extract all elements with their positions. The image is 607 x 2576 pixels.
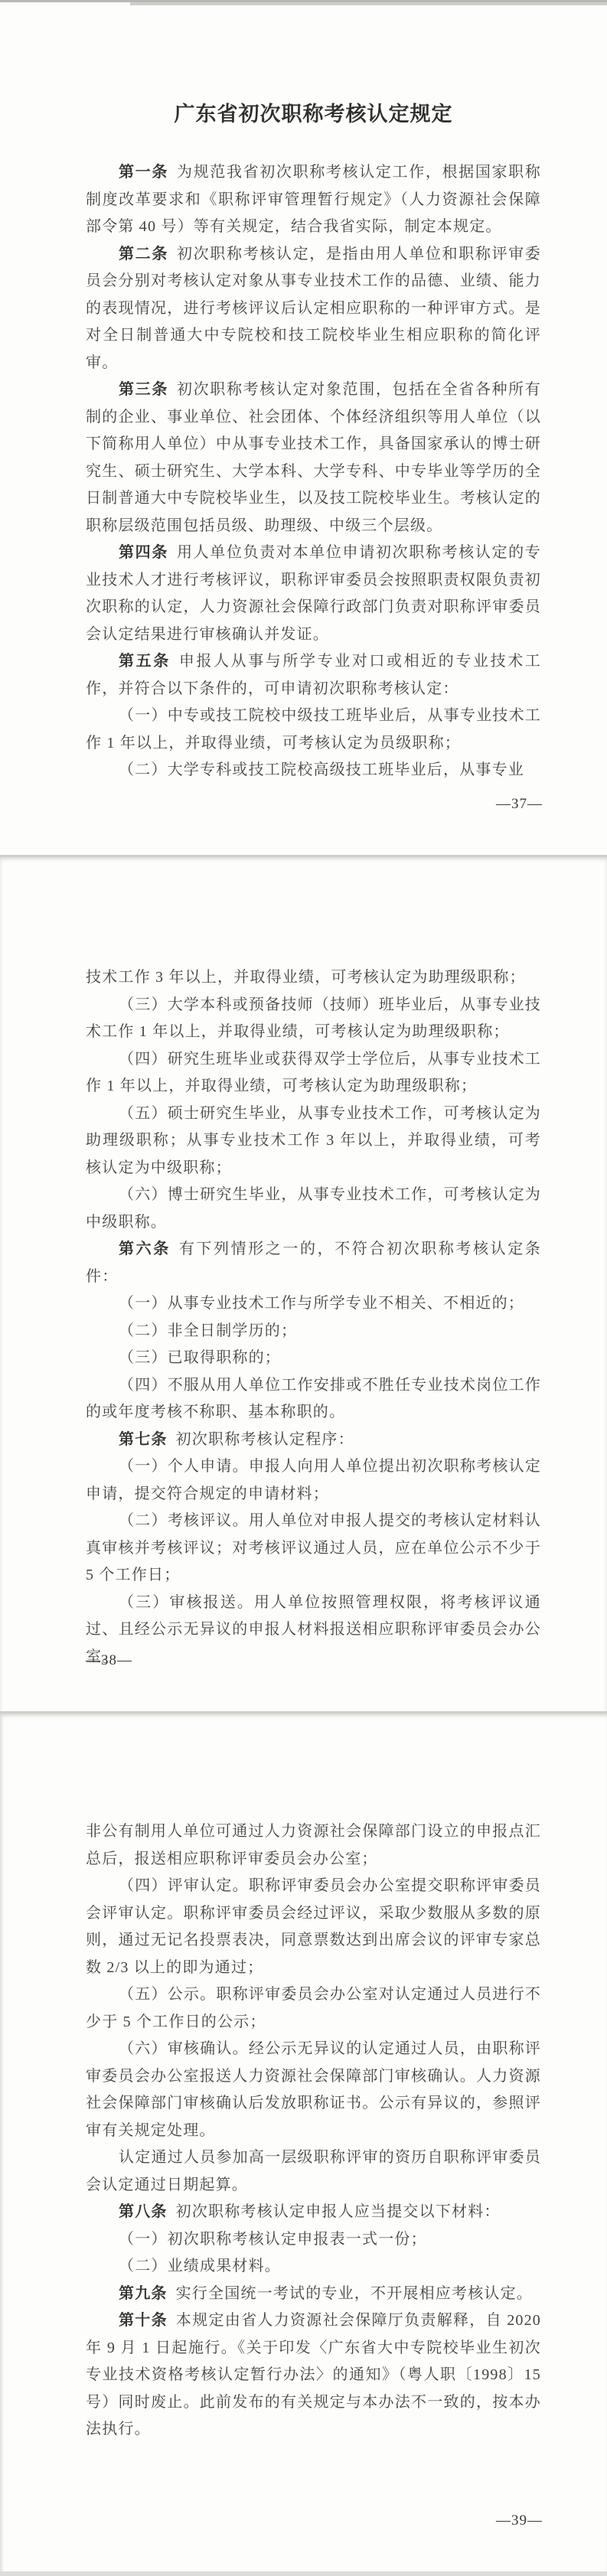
article-number-label: 第五条 (119, 653, 171, 670)
body-paragraph: （六）博士研究生毕业，从事专业技术工作，可考核认定为中级职称。 (86, 1182, 541, 1236)
paragraph-text: （四）研究生班毕业或获得双学士学位后，从事专业技术工作 1 年以上，并取得业绩，… (86, 1051, 541, 1095)
article-number-label: 第一条 (119, 164, 168, 181)
paragraph-text: （三）审核报送。用人单位按照管理权限，将考核评议通过、且经公示无异议的申报人材料… (86, 1594, 541, 1665)
article-paragraph: 第四条用人单位负责对本单位申请初次职称考核认定的专业技术人才进行考核评议，职称评… (86, 540, 541, 648)
paragraph-text: （一）中专或技工院校中级技工班毕业后，从事专业技术工作 1 年以上，并取得业绩，… (86, 707, 541, 752)
body-paragraph: （三）已取得职称的； (86, 1345, 541, 1372)
scan-artifact-edge (130, 2, 607, 5)
paragraph-text: 初次职称考核认定对象范围，包括在全省各种所有制的企业、事业单位、社会团体、个体经… (86, 381, 541, 534)
paragraph-text: 本规定由省人力资源社会保障厅负责解释，自 2020 年 9 月 1 日起施行。《… (86, 2312, 541, 2437)
paragraph-text: （四）评审认定。职称评审委员会办公室提交职称评审委员会评审认定。职称评审委员会经… (86, 1877, 541, 1976)
article-paragraph: 第十条本规定由省人力资源社会保障厅负责解释，自 2020 年 9 月 1 日起施… (86, 2307, 541, 2444)
paragraph-text: （五）硕士研究生毕业，从事专业技术工作，可考核认定为助理级职称；从事专业技术工作… (86, 1105, 541, 1176)
body-paragraph: （二）业绩成果材料。 (86, 2253, 541, 2281)
paragraph-text: （二）大学专科或技工院校高级技工班毕业后，从事专业 (119, 761, 524, 778)
paragraph-text: （一）个人申请。申报人向用人单位提出初次职称考核认定申请，提交符合规定的申请材料… (86, 1458, 541, 1502)
body-paragraph: （一）初次职称考核认定申报表一式一份； (86, 2226, 541, 2254)
paragraph-text: （二）非全日制学历的； (119, 1322, 297, 1339)
article-number-label: 第四条 (119, 544, 168, 561)
body-paragraph: （一）中专或技工院校中级技工班毕业后，从事专业技术工作 1 年以上，并取得业绩，… (86, 703, 541, 757)
body-paragraph: （六）审核确认。经公示无异议的认定通过人员，由职称评审委员会办公室报送人力资源社… (86, 2036, 541, 2144)
body-paragraph: 认定通过人员参加高一层级职称评审的资历自职称评审委员会认定通过日期起算。 (86, 2144, 541, 2199)
document-page: 非公有制用人单位可通过人力资源社会保障部门设立的申报点汇总后，报送相应职称评审委… (0, 1714, 607, 2571)
body-paragraph: 技术工作 3 年以上，并取得业绩，可考核认定为助理级职称； (86, 964, 541, 992)
paragraph-text: 非公有制用人单位可通过人力资源社会保障部门设立的申报点汇总后，报送相应职称评审委… (86, 1823, 541, 1867)
body-paragraph: （五）公示。职称评审委员会办公室对认定通过人员进行不少于 5 个工作日的公示； (86, 1981, 541, 2036)
body-paragraph: （四）不服从用人单位工作安排或不胜任专业技术岗位工作的或年度考核不称职、基本称职… (86, 1372, 541, 1427)
paragraph-text: （一）从事专业技术工作与所学专业不相关、不相近的； (119, 1295, 524, 1312)
body-paragraph: （二）非全日制学历的； (86, 1318, 541, 1345)
paragraph-text: （一）初次职称考核认定申报表一式一份； (119, 2231, 427, 2248)
paragraph-text: （三）大学本科或预备技师（技师）班毕业后，从事专业技术工作 1 年以上，并取得业… (86, 996, 541, 1041)
article-paragraph: 第三条初次职称考核认定对象范围，包括在全省各种所有制的企业、事业单位、社会团体、… (86, 377, 541, 540)
page-number: —38— (86, 1652, 132, 1669)
body-paragraph: （一）个人申请。申报人向用人单位提出初次职称考核认定申请，提交符合规定的申请材料… (86, 1453, 541, 1508)
article-paragraph: 第七条初次职称考核认定程序： (86, 1427, 541, 1454)
page-number: —39— (496, 2512, 543, 2529)
body-paragraph: （三）审核报送。用人单位按照管理权限，将考核评议通过、且经公示无异议的申报人材料… (86, 1590, 541, 1671)
article-paragraph: 第二条初次职称考核认定，是指由用人单位和职称评审委员会分别对考核认定对象从事专业… (86, 241, 541, 377)
article-number-label: 第十条 (119, 2312, 168, 2329)
body-paragraph: （四）评审认定。职称评审委员会办公室提交职称评审委员会评审认定。职称评审委员会经… (86, 1873, 541, 1981)
document-page: 广东省初次职称考核认定规定第一条为规范我省初次职称考核认定工作，根据国家职称制度… (0, 0, 607, 857)
paragraph-text: （二）业绩成果材料。 (119, 2258, 281, 2274)
scanned-document: 广东省初次职称考核认定规定第一条为规范我省初次职称考核认定工作，根据国家职称制度… (0, 0, 607, 2571)
paragraph-text: 初次职称考核认定，是指由用人单位和职称评审委员会分别对考核认定对象从事专业技术工… (86, 246, 541, 371)
body-paragraph: （二）考核评议。用人单位对申报人提交的考核认定材料认真审核并考核评议；对考核评议… (86, 1508, 541, 1590)
article-number-label: 第九条 (119, 2285, 168, 2302)
document-title: 广东省初次职称考核认定规定 (86, 97, 541, 127)
body-paragraph: （二）大学专科或技工院校高级技工班毕业后，从事专业 (86, 757, 541, 784)
body-paragraph: （五）硕士研究生毕业，从事专业技术工作，可考核认定为助理级职称；从事专业技术工作… (86, 1101, 541, 1182)
paragraph-text: 实行全国统一考试的专业，不开展相应考核认定。 (176, 2285, 533, 2302)
article-paragraph: 第五条申报人从事与所学专业对口或相近的专业技术工作，并符合以下条件的，可申请初次… (86, 648, 541, 703)
article-paragraph: 第六条有下列情形之一的，不符合初次职称考核认定条件： (86, 1236, 541, 1290)
paragraph-text: 初次职称考核认定申报人应当提交以下材料： (176, 2203, 501, 2220)
article-number-label: 第七条 (119, 1431, 168, 1448)
paragraph-text: （三）已取得职称的； (119, 1349, 281, 1366)
paragraph-text: 初次职称考核认定程序： (176, 1431, 354, 1448)
paragraph-text: （五）公示。职称评审委员会办公室对认定通过人员进行不少于 5 个工作日的公示； (86, 1986, 541, 2030)
page-number: —37— (496, 796, 543, 813)
article-number-label: 第二条 (119, 246, 168, 262)
article-number-label: 第三条 (119, 381, 168, 398)
body-paragraph: （一）从事专业技术工作与所学专业不相关、不相近的； (86, 1290, 541, 1318)
article-number-label: 第六条 (119, 1241, 171, 1257)
body-paragraph: （三）大学本科或预备技师（技师）班毕业后，从事专业技术工作 1 年以上，并取得业… (86, 992, 541, 1046)
article-paragraph: 第九条实行全国统一考试的专业，不开展相应考核认定。 (86, 2281, 541, 2308)
paragraph-text: 认定通过人员参加高一层级职称评审的资历自职称评审委员会认定通过日期起算。 (86, 2149, 541, 2193)
paragraph-text: （四）不服从用人单位工作安排或不胜任专业技术岗位工作的或年度考核不称职、基本称职… (86, 1377, 541, 1421)
article-paragraph: 第一条为规范我省初次职称考核认定工作，根据国家职称制度改革要求和《职称评审管理暂… (86, 159, 541, 241)
paragraph-text: （二）考核评议。用人单位对申报人提交的考核认定材料认真审核并考核评议；对考核评议… (86, 1512, 541, 1583)
body-paragraph: 非公有制用人单位可通过人力资源社会保障部门设立的申报点汇总后，报送相应职称评审委… (86, 1818, 541, 1873)
paragraph-text: （六）博士研究生毕业，从事专业技术工作，可考核认定为中级职称。 (86, 1186, 541, 1231)
body-paragraph: （四）研究生班毕业或获得双学士学位后，从事专业技术工作 1 年以上，并取得业绩，… (86, 1046, 541, 1101)
article-paragraph: 第八条初次职称考核认定申报人应当提交以下材料： (86, 2199, 541, 2226)
paragraph-text: 技术工作 3 年以上，并取得业绩，可考核认定为助理级职称； (86, 969, 526, 986)
paragraph-text: （六）审核确认。经公示无异议的认定通过人员，由职称评审委员会办公室报送人力资源社… (86, 2040, 541, 2139)
document-page: 技术工作 3 年以上，并取得业绩，可考核认定为助理级职称；（三）大学本科或预备技… (0, 857, 607, 1714)
article-number-label: 第八条 (119, 2203, 168, 2220)
